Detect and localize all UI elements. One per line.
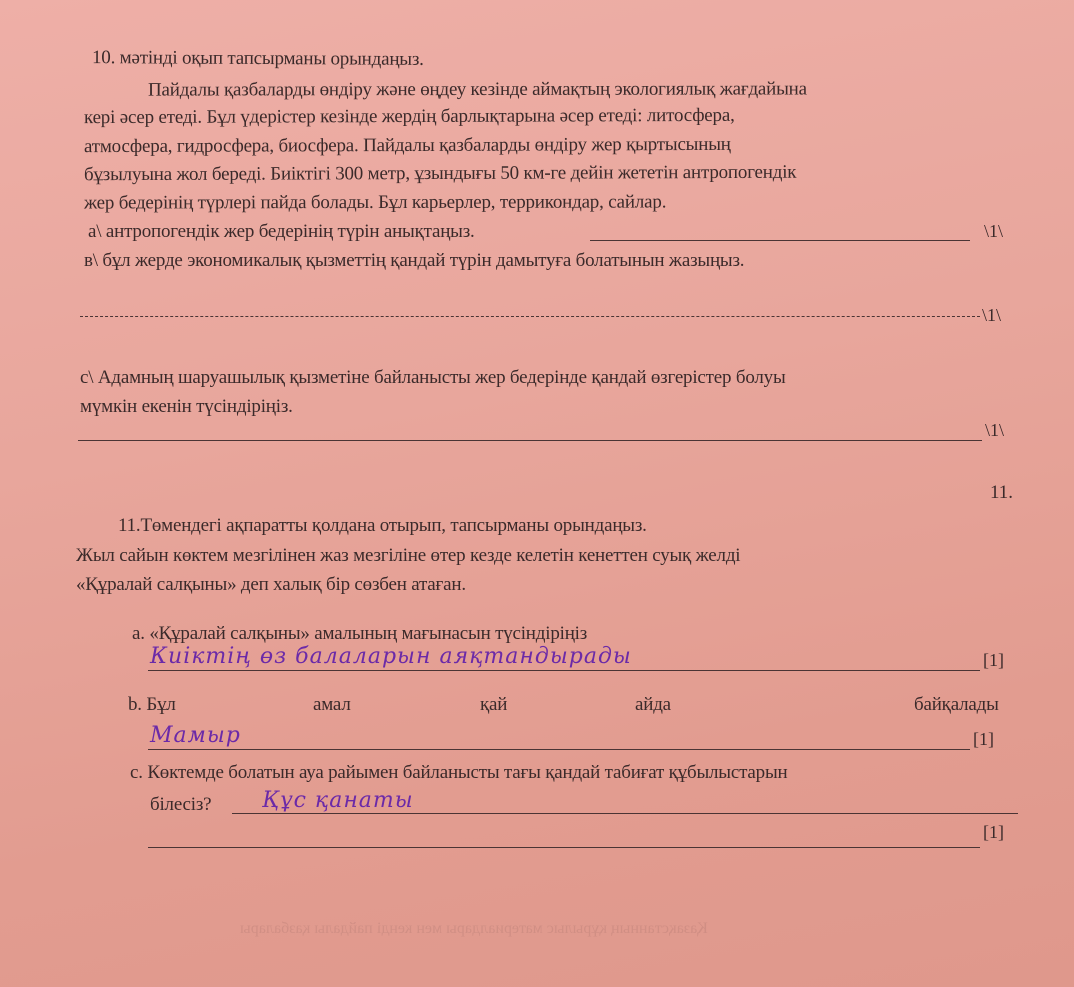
- q11-title: 11.Төмендегі ақпаратты қолдана отырып, т…: [118, 515, 647, 537]
- q11-b-word: байқалады: [914, 694, 999, 716]
- q10-a-prompt: а\ антропогендік жер бедерінің түрін аны…: [88, 221, 475, 243]
- q11-intro-line: Жыл сайын көктем мезгілінен жаз мезгілін…: [76, 545, 740, 567]
- q11-intro-line: «Құралай салқыны» деп халық бір сөзбен а…: [76, 574, 466, 596]
- q11-a-answer-line[interactable]: [148, 670, 980, 671]
- q10-paragraph-line: кері әсер етеді. Бұл үдерістер кезінде ж…: [84, 105, 735, 129]
- q10-c-answer-line[interactable]: [78, 440, 982, 441]
- q10-b-mark: \1\: [982, 305, 1001, 326]
- q11-a-handwritten-answer: Киіктің өз балаларын аяқтандырады: [150, 644, 632, 669]
- q11-c-prompt-cont: білесіз?: [150, 794, 211, 816]
- q10-paragraph-line: бұзылуына жол береді. Биіктігі 300 метр,…: [84, 162, 796, 186]
- q11-b-mark: [1]: [973, 729, 994, 750]
- q11-b-word: b. Бұл: [128, 694, 176, 716]
- q11-a-mark: [1]: [983, 650, 1004, 671]
- worksheet-page: Қазақстанның құрылыс материалдары мен ке…: [0, 0, 1074, 987]
- bleed-through-text: Қазақстанның құрылыс материалдары мен ке…: [240, 920, 708, 938]
- q11-c-prompt: с. Көктемде болатын ауа райымен байланыс…: [130, 762, 788, 784]
- q10-title: 10. мәтінді оқып тапсырманы орындаңыз.: [92, 47, 424, 71]
- q11-c-handwritten-answer: Құс қанаты: [262, 788, 414, 813]
- q11-b-handwritten-answer: Мамыр: [150, 723, 241, 748]
- q11-b-answer-line[interactable]: [148, 749, 970, 750]
- q10-c-prompt: мүмкін екенін түсіндіріңіз.: [80, 396, 293, 418]
- q10-c-mark: \1\: [985, 420, 1004, 441]
- margin-number: 11.: [990, 482, 1013, 504]
- q11-b-word: амал: [313, 694, 351, 716]
- q10-c-prompt: с\ Адамның шаруашылық қызметіне байланыс…: [80, 367, 786, 389]
- q11-c-answer-line-2[interactable]: [148, 847, 980, 848]
- q10-paragraph-line: Пайдалы қазбаларды өндіру және өңдеу кез…: [148, 78, 807, 101]
- q10-paragraph-line: атмосфера, гидросфера, биосфера. Пайдалы…: [84, 134, 731, 158]
- q10-b-answer-line[interactable]: [80, 316, 980, 317]
- q10-paragraph-line: жер бедерінің түрлері пайда болады. Бұл …: [84, 191, 666, 214]
- q11-b-word: қай: [480, 694, 507, 716]
- q11-c-answer-line-1[interactable]: [232, 813, 1018, 814]
- q10-a-answer-line[interactable]: [590, 240, 970, 241]
- q11-a-prompt: а. «Құралай салқыны» амалының мағынасын …: [132, 623, 587, 645]
- q11-c-mark: [1]: [983, 822, 1004, 843]
- q11-b-word: айда: [635, 694, 671, 716]
- q10-a-mark: \1\: [984, 221, 1003, 242]
- q10-b-prompt: в\ бұл жерде экономикалық қызметтің қанд…: [84, 250, 744, 272]
